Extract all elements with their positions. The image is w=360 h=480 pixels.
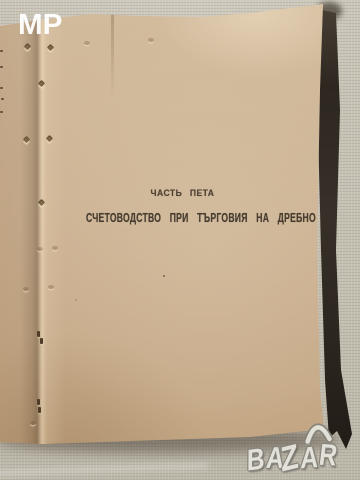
- stitch-thread: [37, 399, 40, 405]
- title-heading: СЧЕТОВОДСТВО ПРИ ТЪРГОВИЯ НА ДРЕБНО: [86, 212, 284, 224]
- edge-mark: [0, 50, 3, 52]
- logo-letter: R: [318, 442, 339, 471]
- photo-background: ЧАСТЬ ПЕТА СЧЕТОВОДСТВО ПРИ ТЪРГОВИЯ НА …: [0, 0, 360, 480]
- edge-mark: [0, 66, 3, 68]
- logo-letter: B: [247, 446, 265, 476]
- stitch-thread: [40, 338, 43, 344]
- paper-dent: [52, 246, 58, 250]
- paper-dent: [48, 285, 54, 289]
- paper-dent: [84, 41, 90, 45]
- gutter-fold: [0, 0, 66, 480]
- ink-speck: [75, 299, 77, 301]
- paper-dent: [23, 287, 29, 291]
- marketplace-logo: B A Z A R: [245, 428, 357, 478]
- edge-mark: [0, 87, 3, 89]
- stitch-thread: [38, 407, 41, 413]
- book-page: ЧАСТЬ ПЕТА СЧЕТОВОДСТВО ПРИ ТЪРГОВИЯ НА …: [0, 0, 360, 480]
- photographer-watermark: MP: [18, 10, 62, 40]
- fabric-fold: [0, 462, 208, 477]
- ink-speck: [163, 275, 165, 277]
- page-crease: [111, 13, 114, 108]
- marketplace-logo-letters: B A Z A R: [247, 440, 338, 475]
- logo-letter: A: [300, 444, 319, 473]
- edge-mark: [0, 111, 3, 113]
- paper-dent: [148, 38, 154, 42]
- logo-letter: Z: [280, 441, 300, 477]
- paper-dent: [37, 247, 43, 251]
- paper-dent: [30, 421, 36, 425]
- part-heading: ЧАСТЬ ПЕТА: [61, 189, 303, 198]
- edge-mark: [1, 98, 4, 100]
- stitch-thread: [37, 331, 40, 337]
